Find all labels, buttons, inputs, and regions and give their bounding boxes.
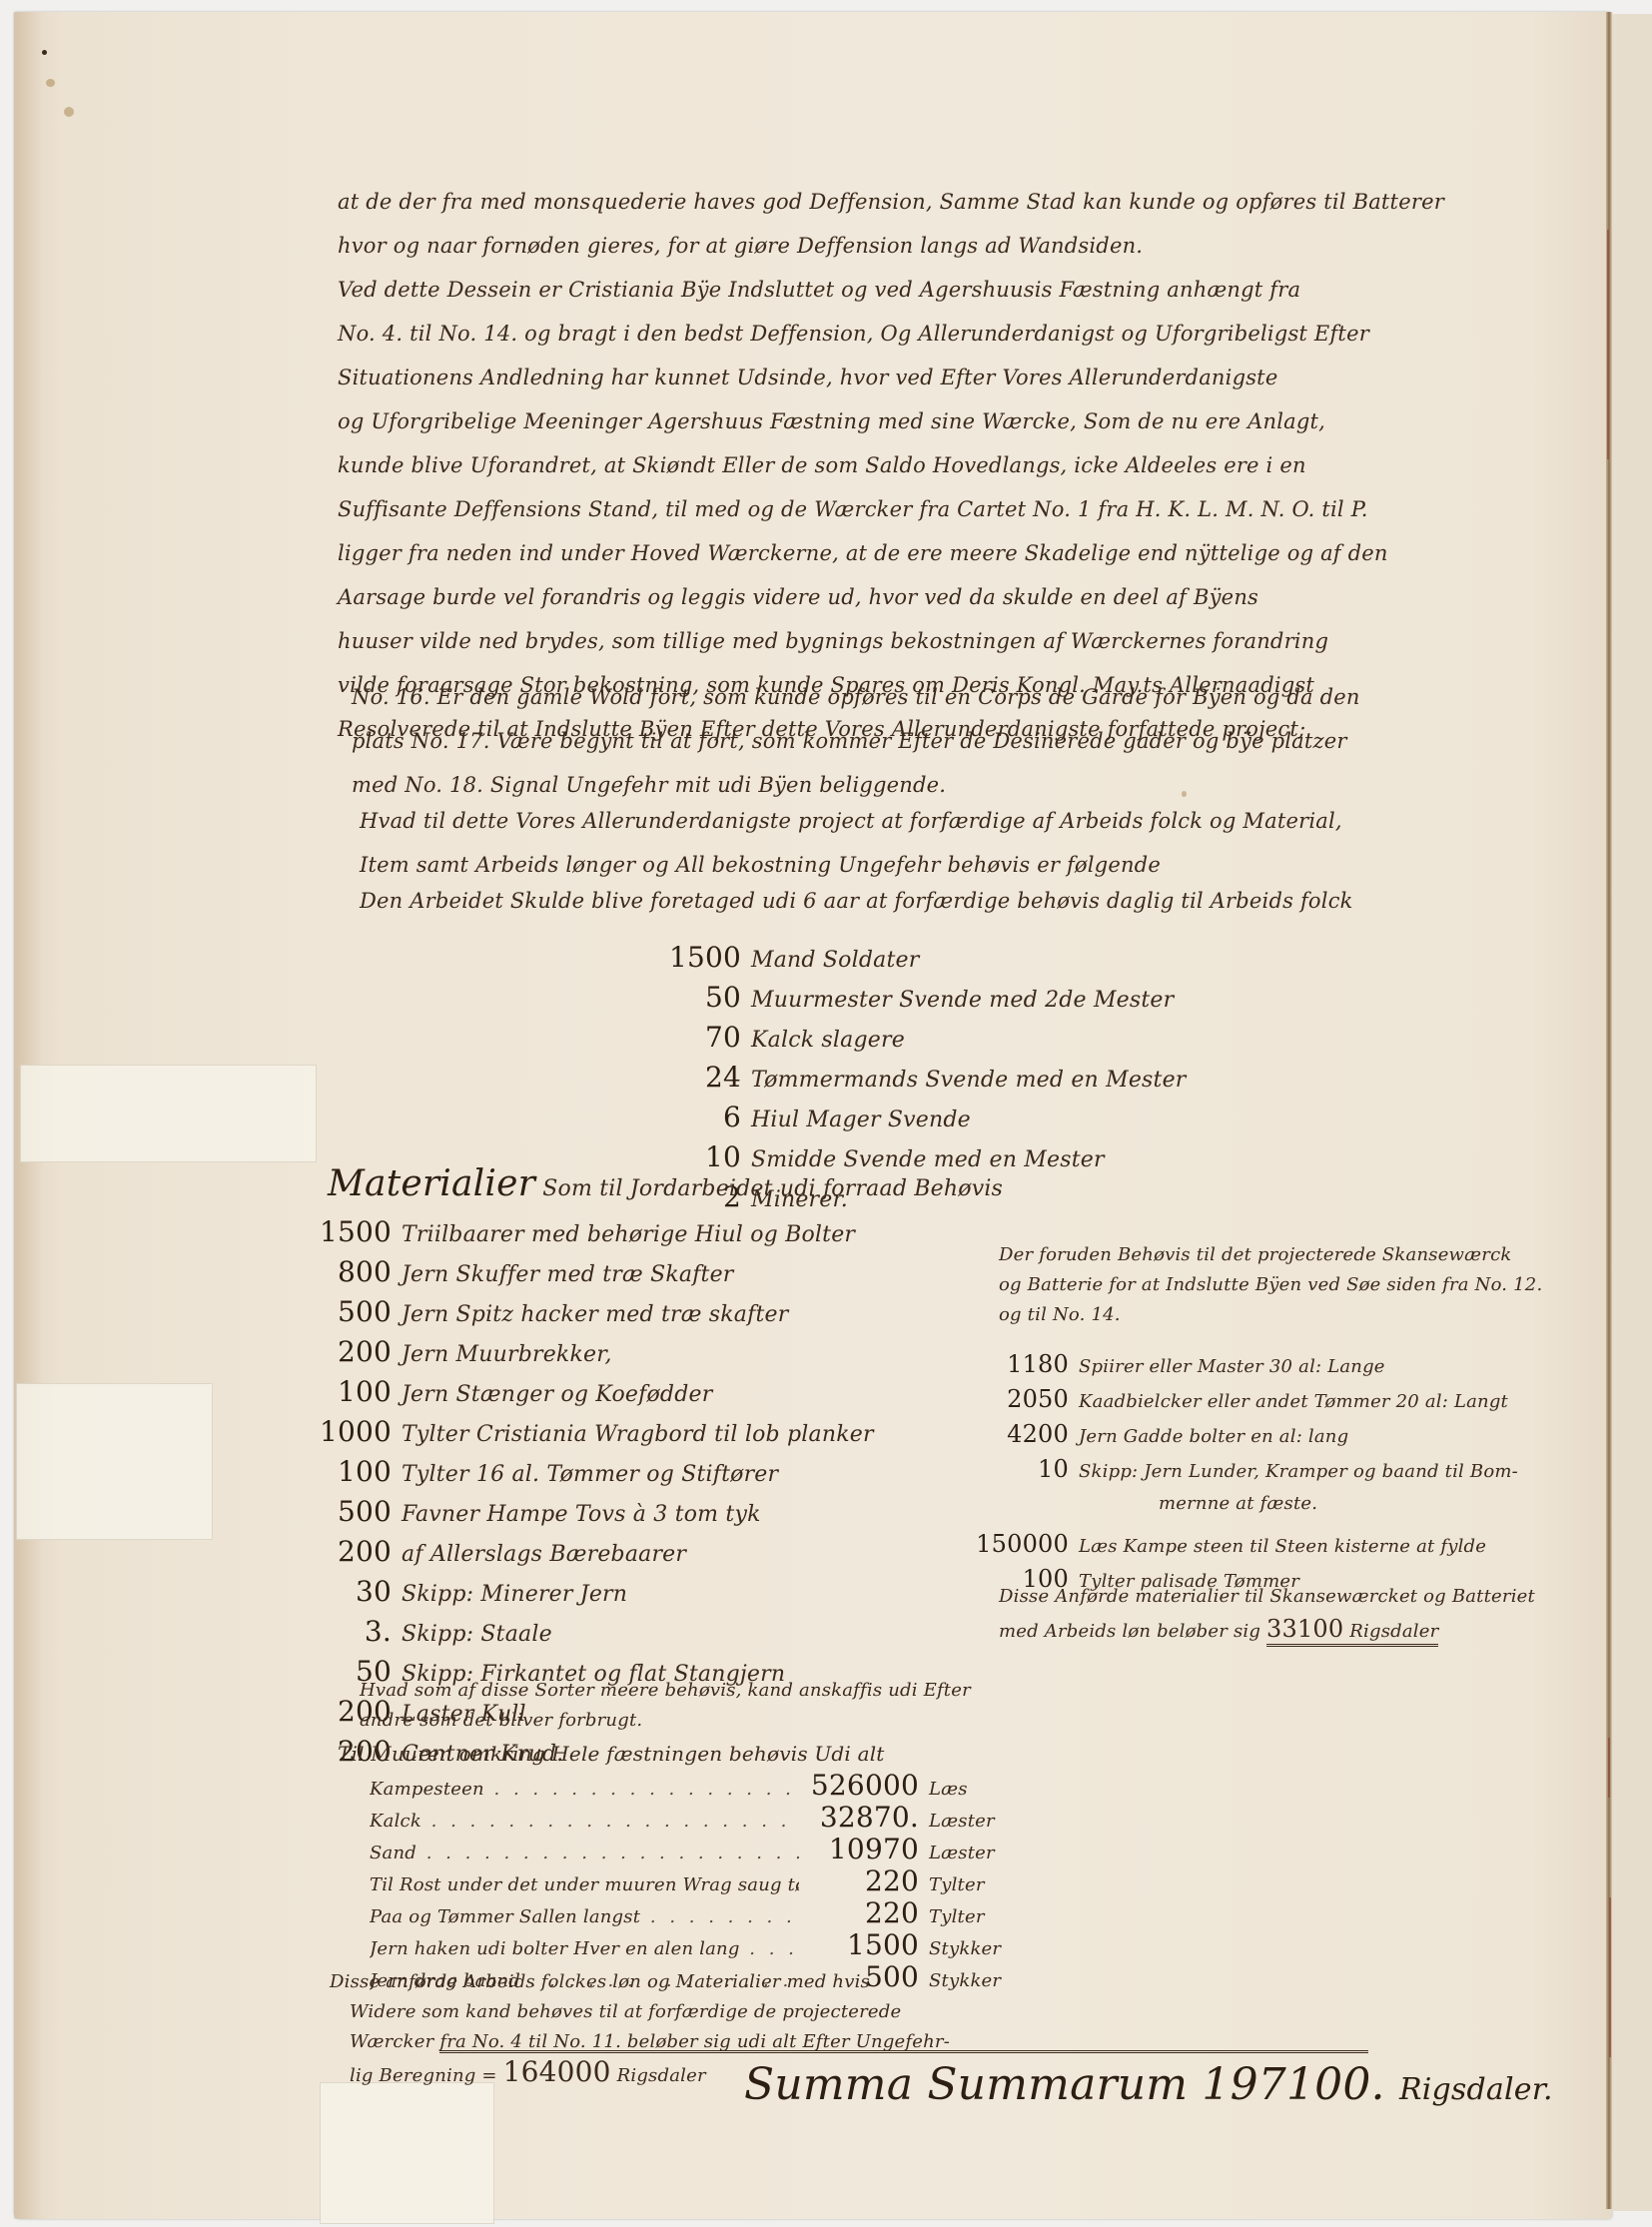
text-line: Hvad som af disse Sorter meere behøvis, …	[360, 1676, 971, 1706]
list-item: 1500Mand Soldater	[649, 939, 1187, 979]
binding-thread	[1608, 1738, 1610, 1798]
text-line: huuser vilde ned brydes, som tillige med…	[338, 619, 1388, 663]
wall-list: Kampesteen . . . . . . . . . . . . . . .…	[370, 1772, 1001, 1995]
right-block-intro: Der foruden Behøvis til det projecterede…	[999, 1240, 1542, 1330]
text-line: andre som det bliver forbrugt.	[360, 1706, 971, 1736]
materials-note: Hvad som af disse Sorter meere behøvis, …	[360, 1676, 971, 1736]
list-item: 1500Triilbaarer med behørige Hiul og Bol…	[300, 1213, 874, 1253]
list-item: 2050Kaadbielcker eller andet Tømmer 20 a…	[959, 1383, 1518, 1418]
repair-tape	[16, 1383, 213, 1540]
text-line: Hvad til dette Vores Allerunderdanigste …	[360, 799, 1342, 843]
text-line: Disse Anførde materialier til Skansewærc…	[999, 1581, 1535, 1613]
text-line: Der foruden Behøvis til det projecterede…	[999, 1240, 1542, 1270]
foxing-stain	[64, 107, 74, 117]
text-line: No. 4. til No. 14. og bragt i den bedst …	[338, 312, 1388, 356]
repair-tape	[20, 1065, 317, 1162]
text-line: at de der fra med monsquederie haves god…	[338, 180, 1444, 224]
list-item: Jern haken udi bolter Hver en alen lang …	[370, 1931, 1001, 1963]
list-item: 200Jern Muurbrekker,	[300, 1333, 874, 1373]
text-line: kunde blive Uforandret, at Skiøndt Eller…	[338, 443, 1388, 487]
text-line: og Batterie for at Indslutte Bÿen ved Sø…	[999, 1270, 1542, 1300]
list-item: 100Tylter 16 al. Tømmer og Stiftører	[300, 1453, 874, 1493]
list-item: Kampesteen . . . . . . . . . . . . . . .…	[370, 1772, 1001, 1804]
materials-intro: Hvad til dette Vores Allerunderdanigste …	[360, 799, 1342, 887]
text-line: plats No. 17. Være begynt til at fort, s…	[352, 719, 1360, 763]
ink-spot	[42, 50, 47, 55]
text-line: og Uforgribelige Meeninger Agershuus Fæs…	[338, 399, 1388, 443]
binding-thread	[1609, 1897, 1611, 2057]
text-line: hvor og naar fornøden gieres, for at giø…	[338, 224, 1444, 268]
list-item: 800Jern Skuffer med træ Skafter	[300, 1253, 874, 1293]
numbered-paragraph: No. 16. Er den gamle Wold fort, som kund…	[352, 675, 1360, 807]
list-item: 70Kalck slagere	[649, 1019, 1187, 1059]
list-item: 6Hiul Mager Svende	[649, 1099, 1187, 1138]
grand-total: Summa Summarum 197100. Rigsdaler.	[744, 2059, 1553, 2110]
list-item: 100Jern Stænger og Koefødder	[300, 1373, 874, 1413]
wall-intro: Til Muuren omkring Hele fæstningen behøv…	[338, 1742, 885, 1766]
text-line: Disse anførde Arbeids folckes løn og Mat…	[330, 1967, 950, 1997]
text-line: No. 16. Er den gamle Wold fort, som kund…	[352, 675, 1360, 719]
foxing-stain	[46, 79, 55, 87]
text-line: Aarsage burde vel forandris og leggis vi…	[338, 575, 1388, 619]
list-item: 3.Skipp: Staale	[300, 1613, 874, 1653]
workforce-intro: Den Arbeidet Skulde blive foretaged udi …	[360, 879, 1353, 923]
summary-total: med Arbeids løn beløber sig 33100 Rigsda…	[999, 1613, 1535, 1648]
summary-amount: 33100 Rigsdaler	[1266, 1621, 1438, 1647]
intro-text: at de der fra med monsquederie haves god…	[338, 180, 1444, 268]
right-block-list: 1180Spiirer eller Master 30 al: Lange 20…	[959, 1348, 1518, 1598]
list-item: 150000Læs Kampe steen til Steen kisterne…	[959, 1528, 1518, 1563]
list-item: 50Muurmester Svende med 2de Mester	[649, 979, 1187, 1019]
list-item: 24Tømmermands Svende med en Mester	[649, 1059, 1187, 1099]
total-rule	[439, 2050, 1368, 2053]
binding-thread	[1607, 230, 1609, 459]
list-item: Paa og Tømmer Sallen langst . . . . . . …	[370, 1899, 1001, 1931]
text-line: Widere som kand behøves til at forfærdig…	[330, 1997, 950, 2027]
right-block-summary: Disse Anførde materialier til Skansewærc…	[999, 1581, 1535, 1648]
list-item-continuation: mernne at fæste.	[959, 1488, 1518, 1520]
list-item: 10Skipp: Jern Lunder, Kramper og baand t…	[959, 1453, 1518, 1488]
list-item: 30Skipp: Minerer Jern	[300, 1573, 874, 1613]
list-item: 500Favner Hampe Tovs à 3 tom tyk	[300, 1493, 874, 1533]
adjacent-page-edge	[1612, 14, 1652, 2211]
list-item: 1000Tylter Cristiania Wragbord til lob p…	[300, 1413, 874, 1453]
materials-heading: Materialier Som til Jordarbeidet udi for…	[328, 1163, 1003, 1204]
list-item: 500Jern Spitz hacker med træ skafter	[300, 1293, 874, 1333]
text-line: Ved dette Dessein er Cristiania Bÿe Inds…	[338, 268, 1388, 312]
text-line: Situationens Andledning har kunnet Udsin…	[338, 356, 1388, 399]
text-line: og til No. 14.	[999, 1300, 1542, 1330]
text-line: Suffisante Deffensions Stand, til med og…	[338, 487, 1388, 531]
list-item: Sand . . . . . . . . . . . . . . . . . .…	[370, 1836, 1001, 1867]
repair-tape	[320, 2082, 494, 2224]
list-item: 4200Jern Gadde bolter en al: lang	[959, 1418, 1518, 1453]
list-item: 1180Spiirer eller Master 30 al: Lange	[959, 1348, 1518, 1383]
list-item: Kalck . . . . . . . . . . . . . . . . . …	[370, 1804, 1001, 1836]
text-line: ligger fra neden ind under Hoved Wærcker…	[338, 531, 1388, 575]
list-item: Til Rost under det under muuren Wrag sau…	[370, 1867, 1001, 1899]
list-item: 200af Allerslags Bærebaarer	[300, 1533, 874, 1573]
